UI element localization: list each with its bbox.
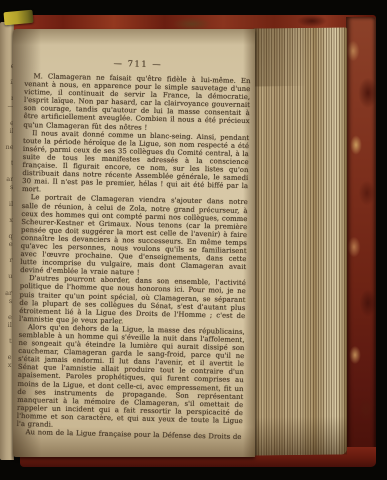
paragraph-5: Alors qu'en dehors de la Ligue, la masse… (17, 323, 245, 433)
book-page: — 711 — M. Clamageran ne faisait qu'être… (13, 29, 255, 457)
page-stack-fore-edge (253, 27, 347, 455)
facing-page-edge: e il r — e il ne t ar s il x q e r u ar … (0, 22, 14, 460)
paragraph-4: D'autres pourront aborder, dans son ense… (19, 274, 246, 328)
paragraph-1: M. Clamageran ne faisait qu'être fidèle … (23, 72, 250, 134)
book-cover-right-edge (346, 17, 376, 465)
book-photo: e il r — e il ne t ar s il x q e r u ar … (0, 0, 387, 480)
paragraph-2: Il nous avait donné comme un blanc-seing… (22, 129, 249, 199)
paragraph-3: Le portrait de Clamageran viendra s'ajou… (20, 193, 248, 279)
page-text-block: — 711 — M. Clamageran ne faisait qu'être… (16, 57, 251, 441)
page-number: — 711 — (25, 57, 251, 71)
bookmark-ribbon (3, 10, 33, 25)
